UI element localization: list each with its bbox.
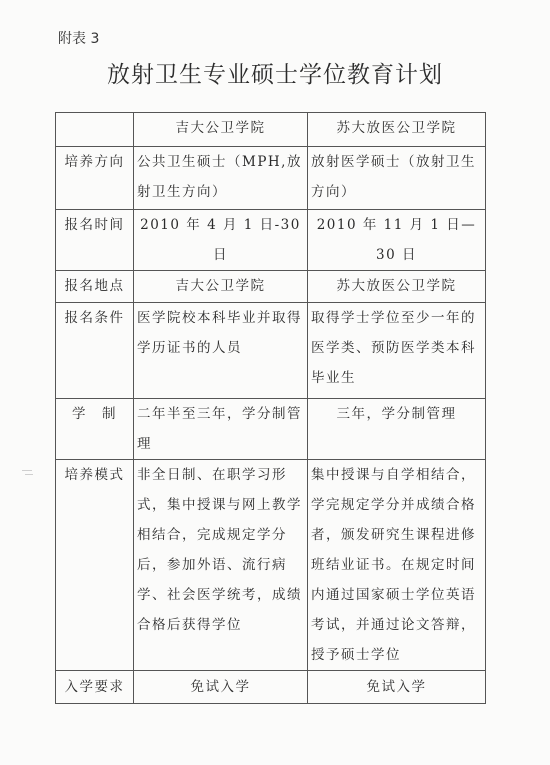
table-header-row: 吉大公卫学院 苏大放医公卫学院 [56, 113, 486, 147]
table-row-registration-place: 报名地点 吉大公卫学院 苏大放医公卫学院 [56, 271, 486, 303]
cell-jilin: 二年半至三年，学分制管理 [134, 399, 308, 460]
cell-soochow: 免试入学 [308, 671, 486, 704]
cell-jilin: 非全日制、在职学习形式，集中授课与网上教学相结合，完成规定学分后，参加外语、流行… [134, 460, 308, 671]
header-soochow-university: 苏大放医公卫学院 [308, 113, 486, 147]
cell-jilin: 2010 年 4 月 1 日-30 日 [134, 210, 308, 271]
row-label: 入学要求 [56, 671, 134, 704]
header-corner-cell [56, 113, 134, 147]
appendix-label: 附表 3 [58, 28, 99, 48]
row-label: 学 制 [56, 399, 134, 460]
row-label: 报名时间 [56, 210, 134, 271]
cell-soochow: 三年，学分制管理 [308, 399, 486, 460]
table-row-training-mode: 培养模式 非全日制、在职学习形式，集中授课与网上教学相结合，完成规定学分后，参加… [56, 460, 486, 671]
scan-artifact [22, 470, 32, 471]
document-title: 放射卫生专业硕士学位教育计划 [0, 56, 550, 89]
table-row-admission-requirement: 入学要求 免试入学 免试入学 [56, 671, 486, 704]
education-plan-table: 吉大公卫学院 苏大放医公卫学院 培养方向 公共卫生硕士（MPH,放射卫生方向） … [55, 112, 486, 704]
cell-jilin: 吉大公卫学院 [134, 271, 308, 303]
cell-soochow: 放射医学硕士（放射卫生方向） [308, 147, 486, 210]
table-row-study-system: 学 制 二年半至三年，学分制管理 三年，学分制管理 [56, 399, 486, 460]
table-row-registration-conditions: 报名条件 医学院校本科毕业并取得学历证书的人员 取得学士学位至少一年的医学类、预… [56, 303, 486, 399]
cell-soochow: 2010 年 11 月 1 日—30 日 [308, 210, 486, 271]
table-row-direction: 培养方向 公共卫生硕士（MPH,放射卫生方向） 放射医学硕士（放射卫生方向） [56, 147, 486, 210]
cell-jilin: 医学院校本科毕业并取得学历证书的人员 [134, 303, 308, 399]
scan-artifact [25, 474, 33, 475]
cell-soochow: 取得学士学位至少一年的医学类、预防医学类本科毕业生 [308, 303, 486, 399]
table-row-registration-time: 报名时间 2010 年 4 月 1 日-30 日 2010 年 11 月 1 日… [56, 210, 486, 271]
cell-soochow: 苏大放医公卫学院 [308, 271, 486, 303]
row-label: 培养模式 [56, 460, 134, 671]
row-label: 报名地点 [56, 271, 134, 303]
row-label: 报名条件 [56, 303, 134, 399]
row-label: 培养方向 [56, 147, 134, 210]
cell-jilin: 免试入学 [134, 671, 308, 704]
cell-soochow: 集中授课与自学相结合，学完规定学分并成绩合格者，颁发研究生课程进修班结业证书。在… [308, 460, 486, 671]
header-jilin-university: 吉大公卫学院 [134, 113, 308, 147]
cell-jilin: 公共卫生硕士（MPH,放射卫生方向） [134, 147, 308, 210]
